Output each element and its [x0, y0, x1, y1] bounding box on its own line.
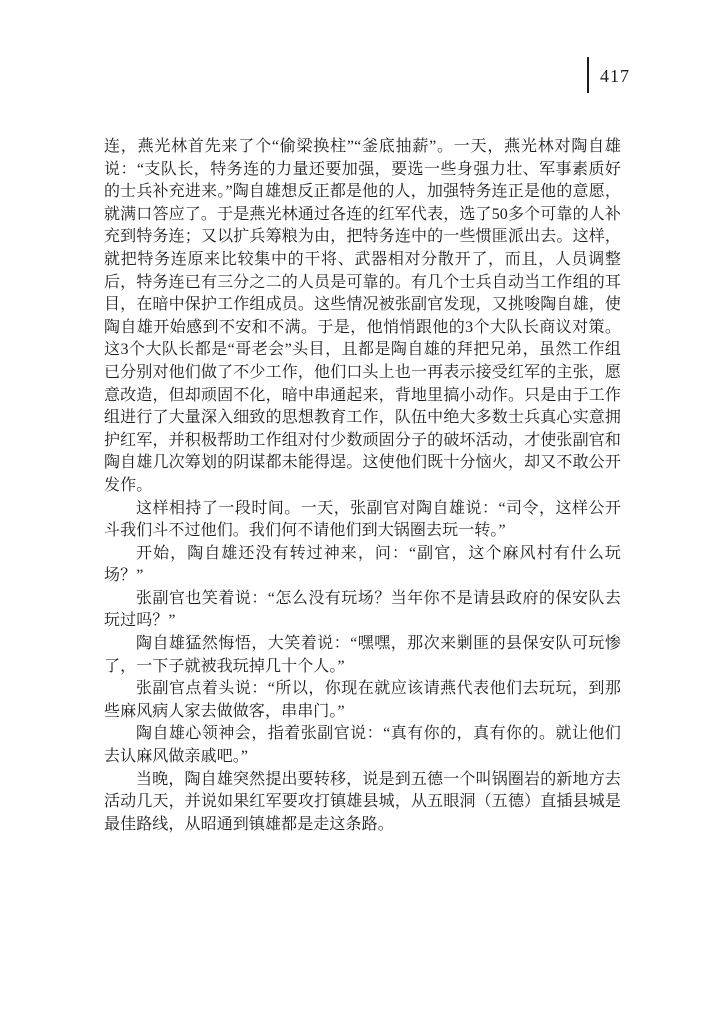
- page-number: 417: [600, 65, 630, 85]
- body-text: 连，燕光林首先来了个“偷梁换柱”“釜底抽薪”。一天，燕光林对陶自雄说：“支队长，…: [104, 136, 621, 836]
- paragraph: 开始，陶自雄还没有转过神来，问：“副官，这个麻风村有什么玩场？”: [104, 543, 621, 588]
- book-page: 417 连，燕光林首先来了个“偷梁换柱”“釜底抽薪”。一天，燕光林对陶自雄说：“…: [0, 0, 715, 1010]
- page-number-rule: [587, 57, 589, 93]
- paragraph: 陶自雄猛然悔悟，大笑着说：“嘿嘿，那次来剿匪的县保安队可玩惨了，一下子就被我玩掉…: [104, 633, 621, 678]
- paragraph: 陶自雄心领神会，指着张副官说：“真有你的，真有你的。就让他们去认麻风做亲戚吧。”: [104, 723, 621, 768]
- paragraph: 连，燕光林首先来了个“偷梁换柱”“釜底抽薪”。一天，燕光林对陶自雄说：“支队长，…: [104, 136, 621, 498]
- page-header: 417: [587, 57, 630, 93]
- paragraph: 张副官点着头说：“所以，你现在就应该请燕代表他们去玩玩，到那些麻风病人家去做做客…: [104, 678, 621, 723]
- paragraph: 当晚，陶自雄突然提出要转移，说是到五德一个叫锅圈岩的新地方去活动几天，并说如果红…: [104, 769, 621, 837]
- paragraph: 这样相持了一段时间。一天，张副官对陶自雄说：“司令，这样公开斗我们斗不过他们。我…: [104, 498, 621, 543]
- paragraph: 张副官也笑着说：“怎么没有玩场？当年你不是请县政府的保安队去玩过吗？”: [104, 588, 621, 633]
